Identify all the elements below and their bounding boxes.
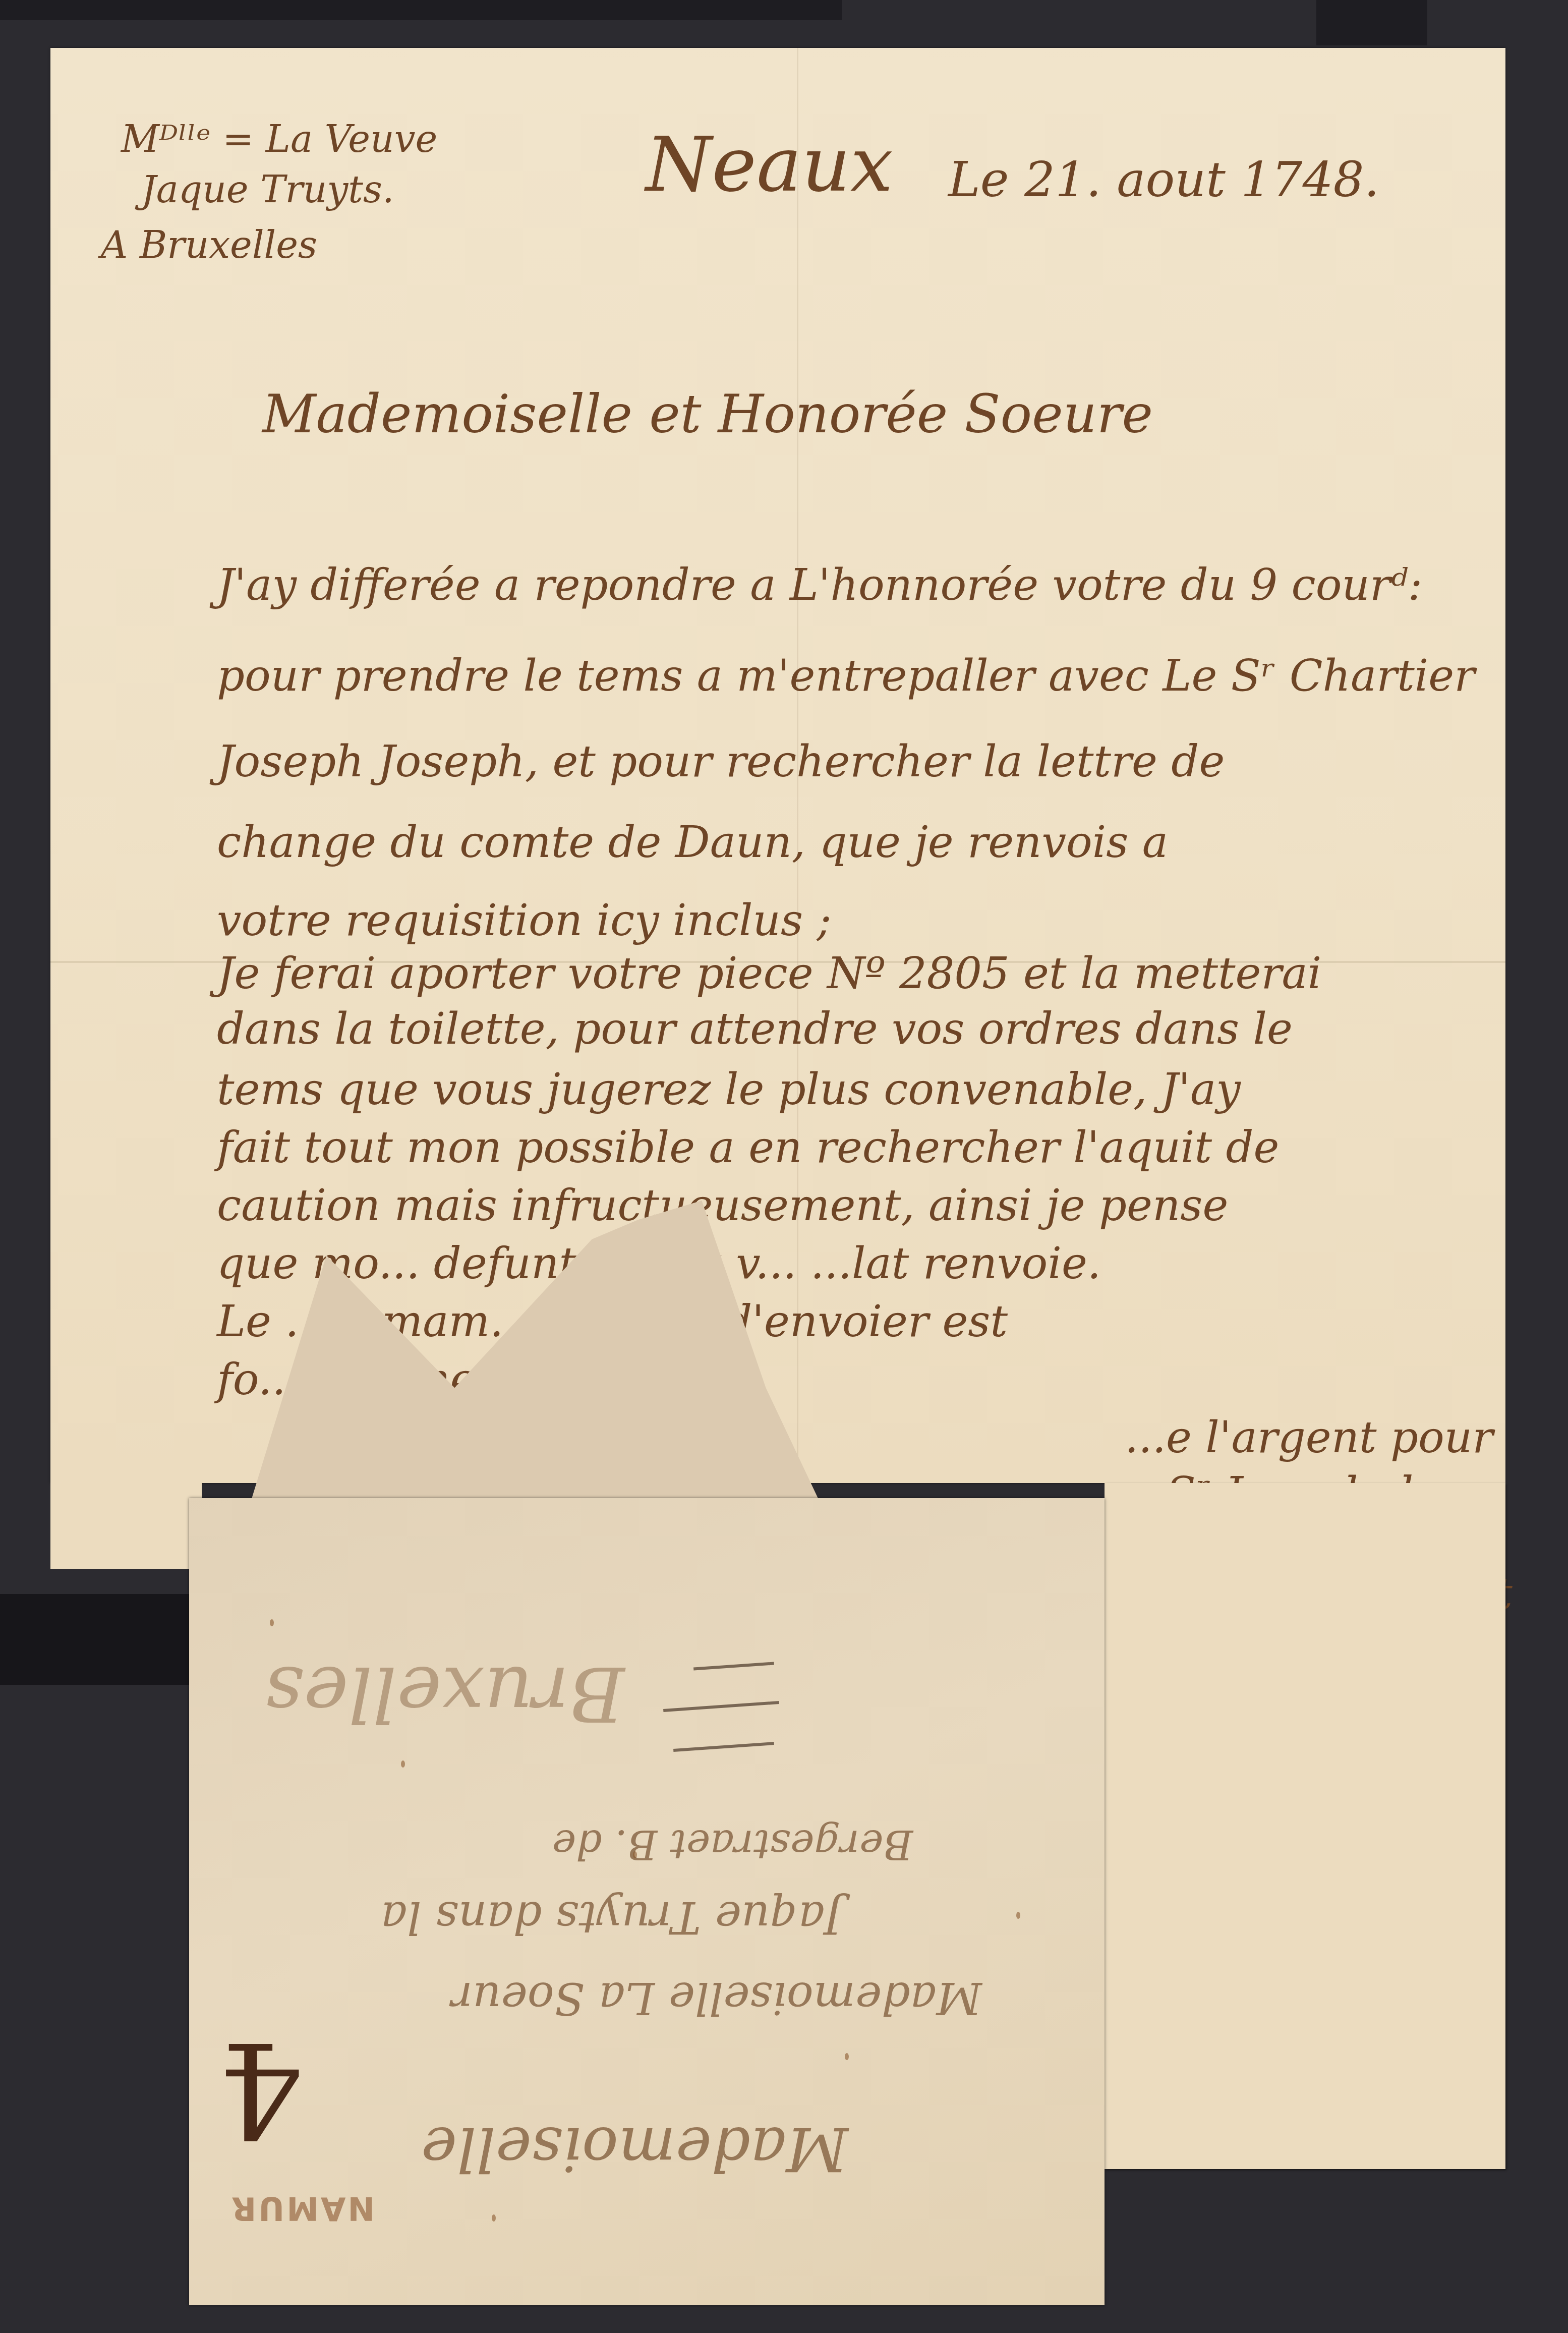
letter-sheet-lower-strip [50, 1483, 202, 1569]
body-line: ...e l'argent pour [1125, 1412, 1493, 1463]
address-line-3: A Bruxelles [101, 222, 317, 268]
date-heading: Le 21. aout 1748. [948, 151, 1379, 208]
postal-stamp: NAMUR [229, 2189, 375, 2227]
envelope: Mademoiselle La Soeur Jaque Truyts dans … [189, 1498, 1105, 2305]
mount-strip-left [0, 1594, 189, 1685]
foxing-spot [270, 1619, 274, 1626]
foxing-spot [1016, 1912, 1020, 1919]
envelope-address-line: Bergestraet B. de [552, 1821, 913, 1868]
foxing-spot [845, 2053, 849, 2060]
body-line: Je ferai aporter votre piece Nº 2805 et … [217, 948, 1321, 999]
foxing-spot [492, 2214, 496, 2222]
envelope-address-line: Mademoiselle La Soeur [451, 1972, 982, 2024]
struck-through-text [693, 1662, 774, 1670]
body-line: J'ay differée a repondre a L'honnorée vo… [217, 560, 1422, 610]
address-line-2: Jaque Truyts. [141, 166, 394, 213]
foxing-spot [401, 1760, 405, 1768]
envelope-address-line: Mademoiselle [421, 2114, 848, 2184]
body-line: tems que vous jugerez le plus convenable… [217, 1064, 1241, 1115]
foxing-spot [633, 1851, 637, 1858]
body-line: votre requisition icy inclus ; [217, 895, 831, 946]
struck-through-text [663, 1701, 779, 1712]
salutation: Mademoiselle et Honorée Soeure [262, 383, 1153, 445]
mount-strip-top-left [0, 0, 842, 20]
mount-strip-top-right [1316, 0, 1427, 45]
body-line: pour prendre le tems a m'entrepaller ave… [217, 651, 1475, 701]
struck-through-text [673, 1742, 774, 1752]
address-line-1: Mᴰˡˡᵉ = La Veuve [121, 116, 437, 162]
body-line: change du comte de Daun, que je renvois … [217, 817, 1168, 868]
envelope-city-bruxelles: Bruxelles [265, 1649, 625, 1737]
place-heading: Neaux [646, 121, 893, 209]
body-line: caution mais infructueusement, ainsi je … [217, 1180, 1228, 1231]
body-line: fait tout mon possible a en rechercher l… [217, 1122, 1279, 1173]
letter-sheet-right-continuation [1105, 1483, 1505, 2169]
postage-rate-mark: 4 [219, 2013, 303, 2165]
body-line: Joseph Joseph, et pour rechercher la let… [217, 736, 1225, 787]
envelope-address-line: Jaque Truyts dans la [381, 1892, 843, 1944]
body-line: dans la toilette, pour attendre vos ordr… [217, 1004, 1293, 1054]
